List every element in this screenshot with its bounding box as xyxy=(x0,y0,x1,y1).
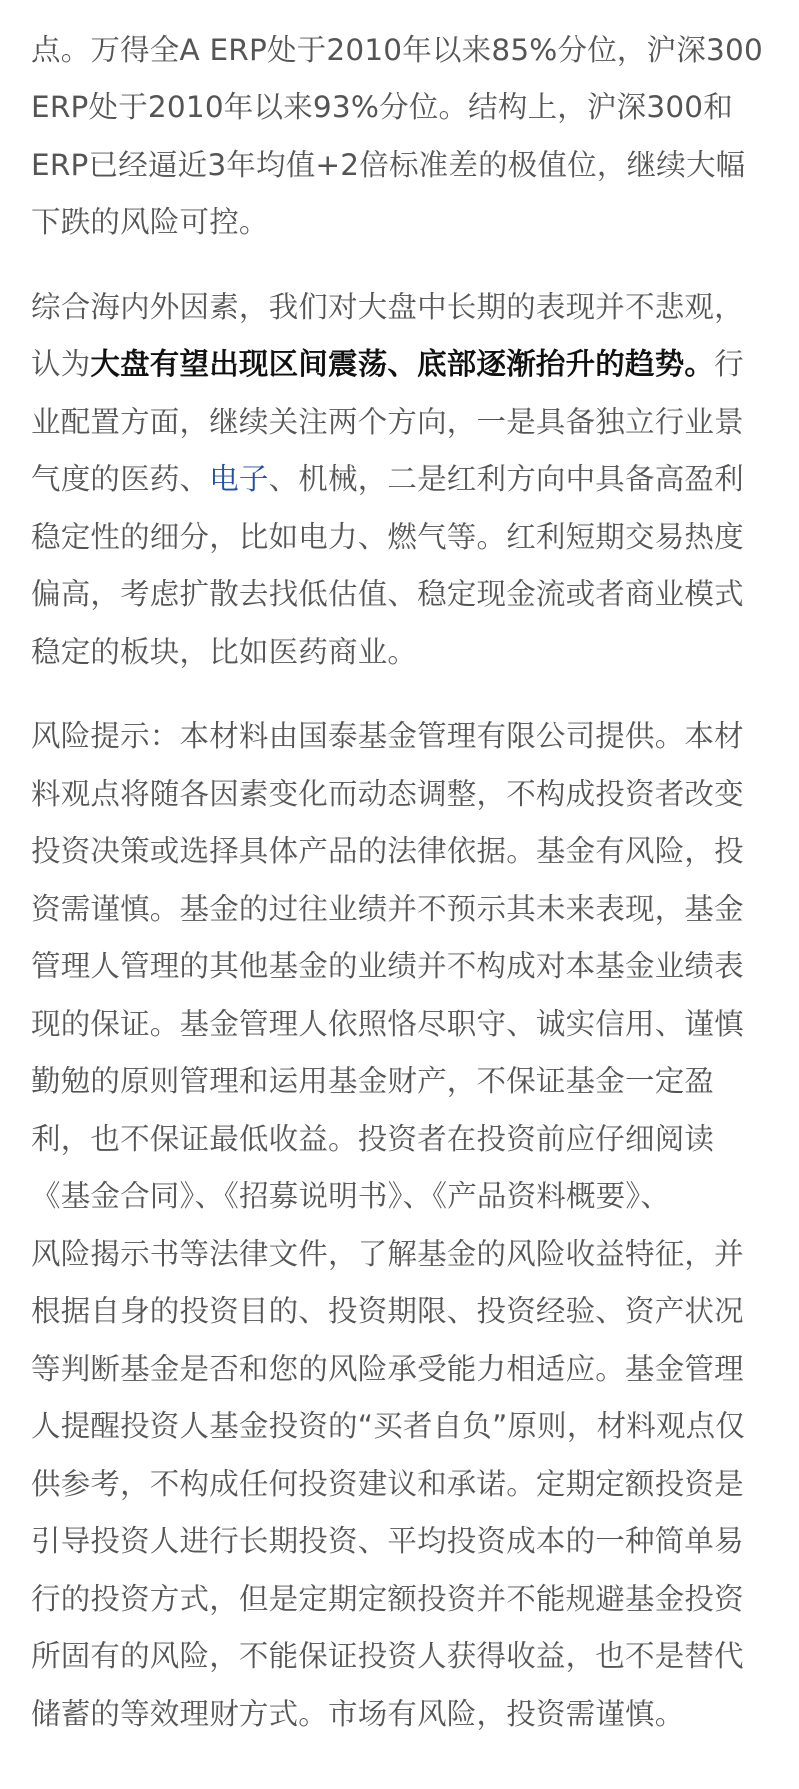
emphasis-text: 大盘有望出现区间震荡、底部逐渐抬升的趋势。 xyxy=(90,347,714,381)
text-line: 偏高，考虑扩散去找低估值、稳定现金流或者商业模式 xyxy=(31,566,759,624)
text-line: 料观点将随各因素变化而动态调整，不构成投资者改变 xyxy=(31,766,759,824)
text-line: 点。万得全A ERP处于2010年以来85%分位，沪深300 xyxy=(31,22,759,80)
text-fragment: 行 xyxy=(714,347,744,381)
text-line: 风险揭示书等法律文件，了解基金的风险收益特征，并 xyxy=(31,1226,759,1284)
text-line: 行的投资方式，但是定期定额投资并不能规避基金投资 xyxy=(31,1571,759,1629)
text-line: 所固有的风险，不能保证投资人获得收益，也不是替代 xyxy=(31,1628,759,1686)
text-line: 引导投资人进行长期投资、平均投资成本的一种简单易 xyxy=(31,1513,759,1571)
text-line: 综合海内外因素，我们对大盘中长期的表现并不悲观， xyxy=(31,279,759,337)
text-line: 现的保证。基金管理人依照恪尽职守、诚实信用、谨慎 xyxy=(31,996,759,1054)
text-line: ERP已经逼近3年均值+2倍标准差的极值位，继续大幅 xyxy=(31,137,759,195)
text-line: 气度的医药、电子、机械，二是红利方向中具备高盈利 xyxy=(31,451,759,509)
text-fragment: 、机械，二是红利方向中具备高盈利 xyxy=(269,462,744,496)
text-line: 储蓄的等效理财方式。市场有风险，投资需谨慎。 xyxy=(31,1686,759,1744)
paragraph-market-outlook: 综合海内外因素，我们对大盘中长期的表现并不悲观， 认为大盘有望出现区间震荡、底部… xyxy=(31,279,759,682)
text-line: 管理人管理的其他基金的业绩并不构成对本基金业绩表 xyxy=(31,938,759,996)
text-line: 资需谨慎。基金的过往业绩并不预示其未来表现，基金 xyxy=(31,881,759,939)
electronics-link[interactable]: 电子 xyxy=(209,462,268,496)
text-line: 稳定的板块，比如医药商业。 xyxy=(31,624,759,682)
text-line: 根据自身的投资目的、投资期限、投资经验、资产状况 xyxy=(31,1283,759,1341)
text-line: 投资决策或选择具体产品的法律依据。基金有风险，投 xyxy=(31,823,759,881)
text-line: 等判断基金是否和您的风险承受能力相适应。基金管理 xyxy=(31,1341,759,1399)
text-line: 风险提示：本材料由国泰基金管理有限公司提供。本材 xyxy=(31,708,759,766)
paragraph-risk-disclaimer: 风险提示：本材料由国泰基金管理有限公司提供。本材 料观点将随各因素变化而动态调整… xyxy=(31,708,759,1743)
text-line: ERP处于2010年以来93%分位。结构上，沪深300和 xyxy=(31,79,759,137)
text-line: 认为大盘有望出现区间震荡、底部逐渐抬升的趋势。行 xyxy=(31,336,759,394)
text-line: 供参考，不构成任何投资建议和承诺。定期定额投资是 xyxy=(31,1456,759,1514)
text-line: 人提醒投资人基金投资的“买者自负”原则，材料观点仅 xyxy=(31,1398,759,1456)
paragraph-erp-valuation: 点。万得全A ERP处于2010年以来85%分位，沪深300 ERP处于2010… xyxy=(31,0,759,252)
text-line: 稳定性的细分，比如电力、燃气等。红利短期交易热度 xyxy=(31,509,759,567)
text-fragment: 气度的医药、 xyxy=(31,462,209,496)
text-fragment: 认为 xyxy=(31,347,90,381)
clipped-text-line xyxy=(31,0,759,22)
text-line: 勤勉的原则管理和运用基金财产，不保证基金一定盈 xyxy=(31,1053,759,1111)
text-line: 业配置方面，继续关注两个方向，一是具备独立行业景 xyxy=(31,394,759,452)
text-line: 下跌的风险可控。 xyxy=(31,194,759,252)
article-body: 点。万得全A ERP处于2010年以来85%分位，沪深300 ERP处于2010… xyxy=(31,0,759,1770)
text-line: 利，也不保证最低收益。投资者在投资前应仔细阅读 xyxy=(31,1111,759,1169)
text-line: 《基金合同》、《招募说明书》、《产品资料概要》、 xyxy=(31,1168,759,1226)
